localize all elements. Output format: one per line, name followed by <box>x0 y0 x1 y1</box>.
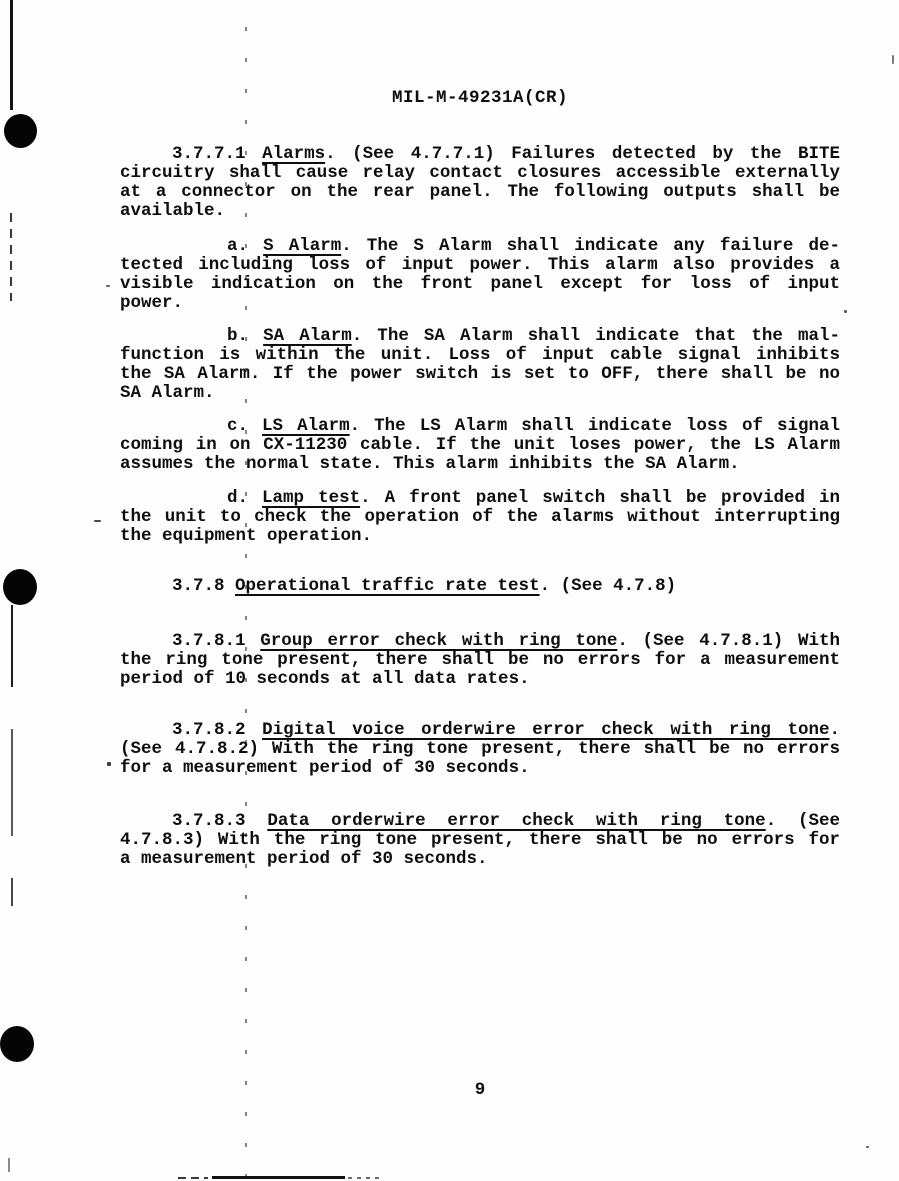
text-line: (See 4.7.8.2) With the ring tone present… <box>120 740 840 759</box>
punch-hole-top <box>4 114 37 148</box>
bottom-edge-line <box>212 1176 345 1179</box>
scan-margin-mark <box>11 878 13 906</box>
text-line: d. Lamp test. A front panel switch shall… <box>120 489 840 508</box>
punch-hole-middle <box>3 569 37 605</box>
text-line: function is within the unit. Loss of inp… <box>120 346 840 365</box>
text-line: a. S Alarm. The S Alarm shall indicate a… <box>120 237 840 256</box>
text-line: b. SA Alarm. The SA Alarm shall indicate… <box>120 327 840 346</box>
scan-margin-mark <box>10 213 12 301</box>
text-line: c. LS Alarm. The LS Alarm shall indicate… <box>120 417 840 436</box>
scan-edge-line-artifact <box>10 0 13 110</box>
scan-speck <box>892 55 894 64</box>
text-line: 3.7.8.1 Group error check with ring tone… <box>120 632 840 651</box>
paragraph-3-7-8-3: 3.7.8.3 Data orderwire error check with … <box>120 812 840 869</box>
text-line: 3.7.8 Operational traffic rate test. (Se… <box>120 577 840 596</box>
paragraph-item-b: b. SA Alarm. The SA Alarm shall indicate… <box>120 327 840 403</box>
text-line: coming in on CX-11230 cable. If the unit… <box>120 436 840 455</box>
paragraph-item-c: c. LS Alarm. The LS Alarm shall indicate… <box>120 417 840 474</box>
text-line: the ring tone present, there shall be no… <box>120 651 840 670</box>
bottom-edge-line <box>178 1177 208 1179</box>
scanned-document-page: MIL-M-49231A(CR) 3.7.7.1 Alarms. (See 4.… <box>0 0 899 1181</box>
scan-speck <box>94 520 101 522</box>
text-line: 3.7.8.3 Data orderwire error check with … <box>120 812 840 831</box>
scan-speck <box>866 1146 869 1148</box>
text-line: 3.7.7.1 Alarms. (See 4.7.7.1) Failures d… <box>120 145 840 164</box>
text-line: the SA Alarm. If the power switch is set… <box>120 365 840 384</box>
scan-speck <box>106 285 110 287</box>
document-id-header: MIL-M-49231A(CR) <box>120 88 840 108</box>
text-line: available. <box>120 202 840 221</box>
scan-speck <box>107 762 111 766</box>
paragraph-item-a: a. S Alarm. The S Alarm shall indicate a… <box>120 237 840 313</box>
text-line: 4.7.8.3) With the ring tone present, the… <box>120 831 840 850</box>
paragraph-3-7-8-1: 3.7.8.1 Group error check with ring tone… <box>120 632 840 689</box>
text-line: circuitry shall cause relay contact clos… <box>120 164 840 183</box>
paragraph-item-d: d. Lamp test. A front panel switch shall… <box>120 489 840 546</box>
paragraph-3-7-7-1: 3.7.7.1 Alarms. (See 4.7.7.1) Failures d… <box>120 145 840 221</box>
scan-margin-mark <box>8 1158 10 1172</box>
text-line: a measurement period of 30 seconds. <box>120 850 840 869</box>
document-body: 3.7.7.1 Alarms. (See 4.7.7.1) Failures d… <box>120 145 840 869</box>
text-line: at a connector on the rear panel. The fo… <box>120 183 840 202</box>
text-line: 3.7.8.2 Digital voice orderwire error ch… <box>120 721 840 740</box>
text-line: the unit to check the operation of the a… <box>120 508 840 527</box>
bottom-edge-line <box>348 1177 384 1179</box>
text-line: the equipment operation. <box>120 527 840 546</box>
text-line: assumes the normal state. This alarm inh… <box>120 455 840 474</box>
text-line: for a measurement period of 30 seconds. <box>120 759 840 778</box>
text-line: SA Alarm. <box>120 384 840 403</box>
text-line: period of 10 seconds at all data rates. <box>120 670 840 689</box>
text-line: tected including loss of input power. Th… <box>120 256 840 275</box>
scan-margin-mark <box>11 729 13 836</box>
paragraph-3-7-8: 3.7.8 Operational traffic rate test. (Se… <box>120 577 840 596</box>
paragraph-3-7-8-2: 3.7.8.2 Digital voice orderwire error ch… <box>120 721 840 778</box>
page-number: 9 <box>120 1080 840 1100</box>
text-line: power. <box>120 294 840 313</box>
punch-hole-bottom <box>0 1026 34 1062</box>
text-line: visible indication on the front panel ex… <box>120 275 840 294</box>
scan-margin-mark <box>11 605 13 687</box>
scan-speck <box>844 310 847 313</box>
